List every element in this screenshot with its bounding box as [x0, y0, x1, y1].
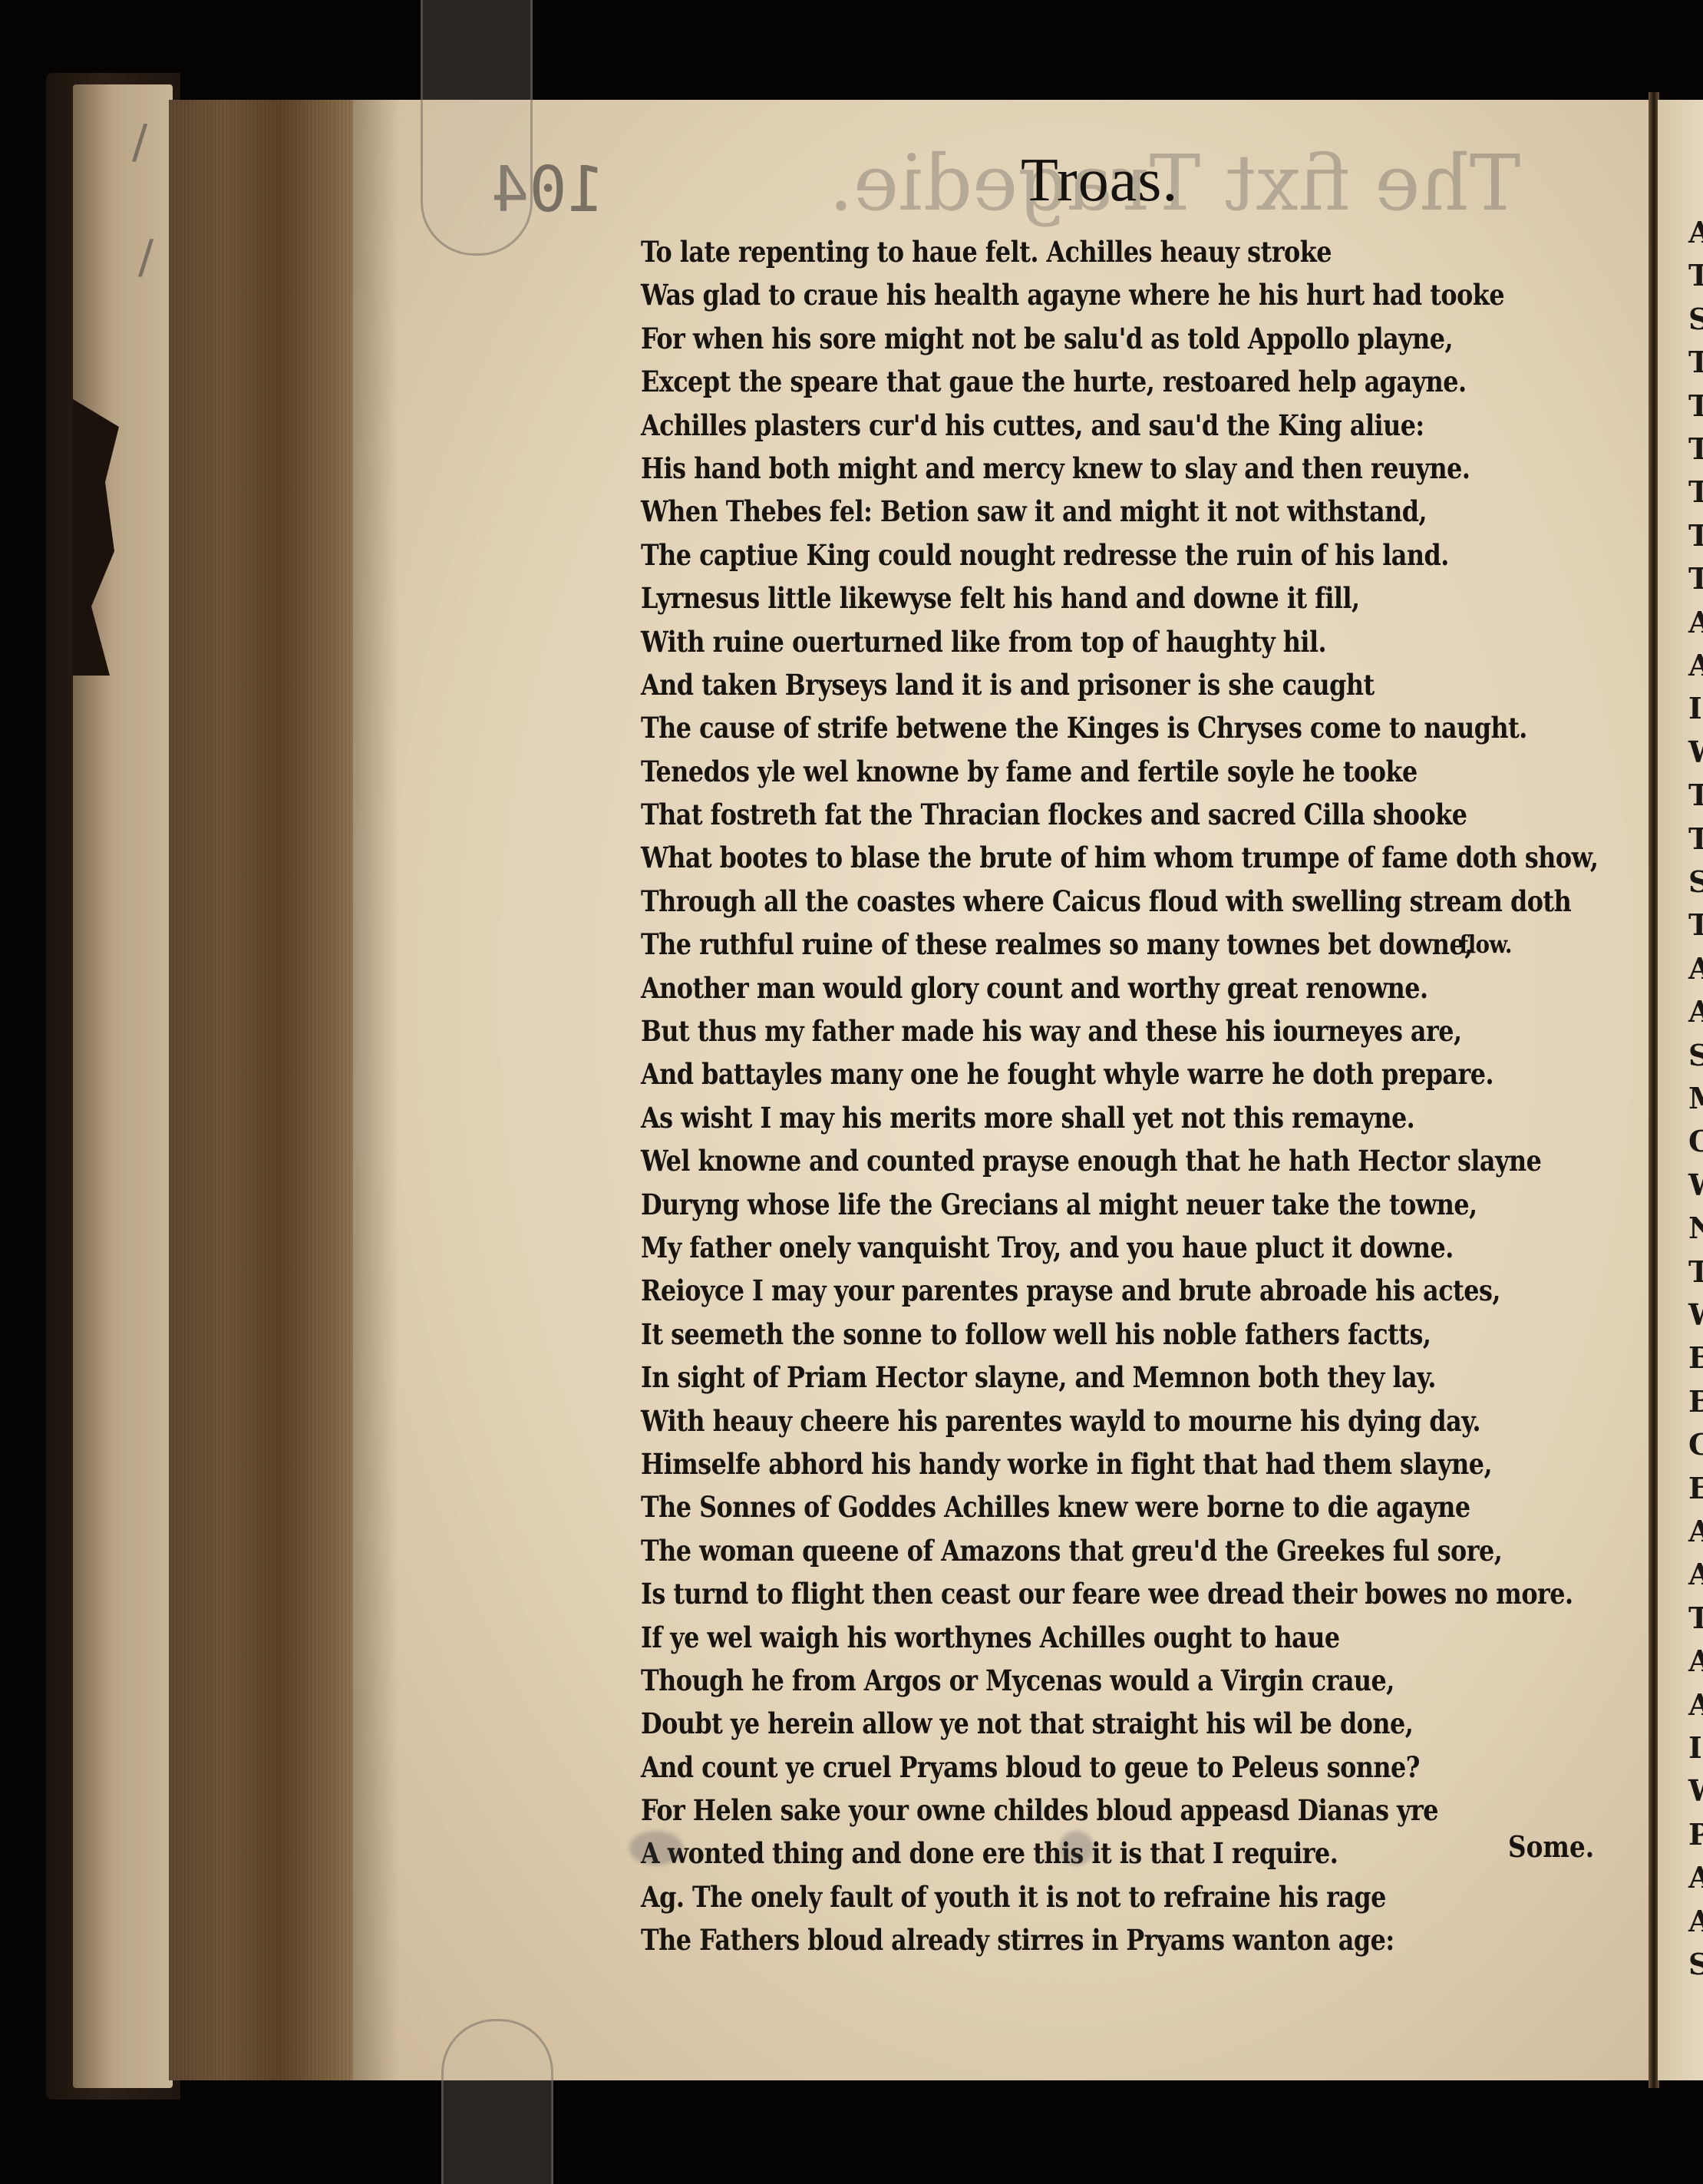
facing-page-initial: We [1688, 1168, 1703, 1202]
facing-page-edge: ATSTTTTTTAAIWTTSTAASMOnWeNoThWBuBuCoEAAT… [1658, 100, 1703, 2080]
flyleaf [73, 84, 173, 2088]
facing-page-initial: A [1688, 648, 1703, 682]
verse-line: Doubt ye herein allow ye not that straig… [641, 1702, 1492, 1745]
verse-line: The cause of strife betwene the Kinges i… [641, 706, 1492, 749]
verse-line: The ruthful ruine of these realmes so ma… [641, 923, 1492, 966]
facing-page-initial: Th [1688, 1254, 1703, 1289]
verse-line: Through all the coastes where Caicus flo… [641, 880, 1492, 923]
verse-line: In sight of Priam Hector slayne, and Mem… [641, 1356, 1492, 1399]
facing-page-initial: W [1688, 1773, 1703, 1808]
facing-page-initial: T [1688, 821, 1703, 856]
facing-page-initial: E [1688, 1471, 1703, 1505]
verse-line: As wisht I may his merits more shall yet… [641, 1096, 1492, 1139]
facing-page-initial: A [1688, 951, 1703, 986]
verse-line: When Thebes fel: Betion saw it and might… [641, 490, 1492, 533]
facing-page-initial: Bu [1688, 1384, 1703, 1419]
facing-page-initial: Bu [1688, 1340, 1703, 1375]
verse-line: With ruine ouerturned like from top of h… [641, 620, 1492, 663]
facing-page-initial: S [1688, 1038, 1703, 1072]
facing-page-initial: T [1688, 345, 1703, 379]
facing-page-initial: T [1688, 258, 1703, 292]
catchword: Some. [1508, 1829, 1594, 1864]
facing-page-initial: A [1688, 1557, 1703, 1591]
facing-page-initial: A [1688, 605, 1703, 639]
facing-page-initial: W [1688, 1297, 1703, 1332]
verse-line: The captiue King could nought redresse t… [641, 534, 1492, 577]
verse-line: That fostreth fat the Thracian flockes a… [641, 793, 1492, 836]
facing-page-initial: M [1688, 1081, 1703, 1115]
facing-page-initial: No [1688, 1211, 1703, 1245]
verse-line: His hand both might and mercy knew to sl… [641, 447, 1492, 490]
running-head: Troas. [1021, 146, 1178, 216]
verse-line: For when his sore might not be salu'd as… [641, 317, 1492, 360]
ink-smudge [629, 1831, 683, 1865]
facing-page-initial: A [1688, 994, 1703, 1029]
facing-page-initial: S [1688, 302, 1703, 336]
verse-line: If ye wel waigh his worthynes Achilles o… [641, 1616, 1492, 1659]
page-clip-top [421, 0, 533, 256]
verse-line: Except the speare that gaue the hurte, r… [641, 360, 1492, 403]
facing-page-initial: Ag [1688, 1860, 1703, 1895]
verse-line: Reioyce I may your parentes prayse and b… [641, 1269, 1492, 1312]
verse-line: Though he from Argos or Mycenas would a … [641, 1659, 1492, 1702]
verse-line: Duryng whose life the Grecians al might … [641, 1183, 1492, 1226]
verse-line: To late repenting to haue felt. Achilles… [641, 230, 1492, 273]
facing-page-initial: I [1688, 691, 1702, 725]
verse-line: My father onely vanquisht Troy, and you … [641, 1226, 1492, 1269]
verse-line: Was glad to craue his health agayne wher… [641, 273, 1492, 316]
ink-smudge [1059, 1831, 1094, 1865]
page-edges [169, 100, 353, 2080]
facing-page-initial: Py [1688, 1817, 1703, 1852]
pencil-mark: / [138, 230, 153, 284]
verse-line: And taken Bryseys land it is and prisone… [641, 663, 1492, 706]
verse-line: The Fathers bloud already stirres in Pry… [641, 1918, 1492, 1961]
facing-page-initial: T [1688, 388, 1703, 423]
facing-page-initial: T [1688, 1601, 1703, 1635]
verse-line: Ag. The onely fault of youth it is not t… [641, 1875, 1492, 1918]
verse-line: The woman queene of Amazons that greu'd … [641, 1529, 1492, 1572]
verse-line: For Helen sake your owne childes bloud a… [641, 1789, 1492, 1832]
verse-line: It seemeth the sonne to follow well his … [641, 1313, 1492, 1356]
facing-page-initial: T [1688, 474, 1703, 509]
page-clip-bottom [441, 2019, 553, 2184]
facing-page-initial: T [1688, 561, 1703, 596]
facing-page-initial: A [1688, 1644, 1703, 1678]
facing-page-initial: Sh [1688, 1947, 1703, 1981]
facing-page-initial: A [1688, 215, 1703, 249]
pencil-mark: / [132, 115, 147, 169]
facing-page-initial: A [1688, 1687, 1703, 1722]
carryover-word: flow. [1459, 923, 1512, 966]
verse-line: But thus my father made his way and thes… [641, 1009, 1492, 1052]
verse-line: Wel knowne and counted prayse enough tha… [641, 1139, 1492, 1182]
verse-line: Achilles plasters cur'd his cuttes, and … [641, 404, 1492, 447]
facing-page-initial: T [1688, 431, 1703, 466]
verse-line: With heauy cheere his parentes wayld to … [641, 1399, 1492, 1442]
facing-page-initial: I [1688, 1730, 1702, 1765]
verse-text-block: To late repenting to haue felt. Achilles… [641, 230, 1631, 1962]
page-shadow [353, 100, 399, 2080]
facing-page-initial: T [1688, 778, 1703, 812]
verse-line-text: The ruthful ruine of these realmes so ma… [641, 927, 1473, 961]
facing-page-initial: T [1688, 518, 1703, 553]
verse-line: The Sonnes of Goddes Achilles knew were … [641, 1485, 1492, 1528]
verse-line: Another man would glory count and worthy… [641, 966, 1492, 1009]
facing-page-initial: W [1688, 735, 1703, 769]
facing-page-initial: T [1688, 907, 1703, 942]
verse-line: Lyrnesus little likewyse felt his hand a… [641, 577, 1492, 620]
verse-line: And battayles many one he fought whyle w… [641, 1052, 1492, 1095]
verse-line: And count ye cruel Pryams bloud to geue … [641, 1746, 1492, 1789]
facing-page-initial: S [1688, 864, 1703, 899]
verse-line: Is turnd to flight then ceast our feare … [641, 1572, 1492, 1615]
verse-line: Tenedos yle wel knowne by fame and ferti… [641, 750, 1492, 793]
facing-page-initial: Co [1688, 1427, 1703, 1462]
facing-page-initial: An [1688, 1904, 1703, 1938]
verse-line: Himselfe abhord his handy worke in fight… [641, 1442, 1492, 1485]
facing-page-initial: On [1688, 1124, 1703, 1158]
verse-line: What bootes to blase the brute of him wh… [641, 836, 1492, 879]
facing-page-initial: A [1688, 1514, 1703, 1548]
